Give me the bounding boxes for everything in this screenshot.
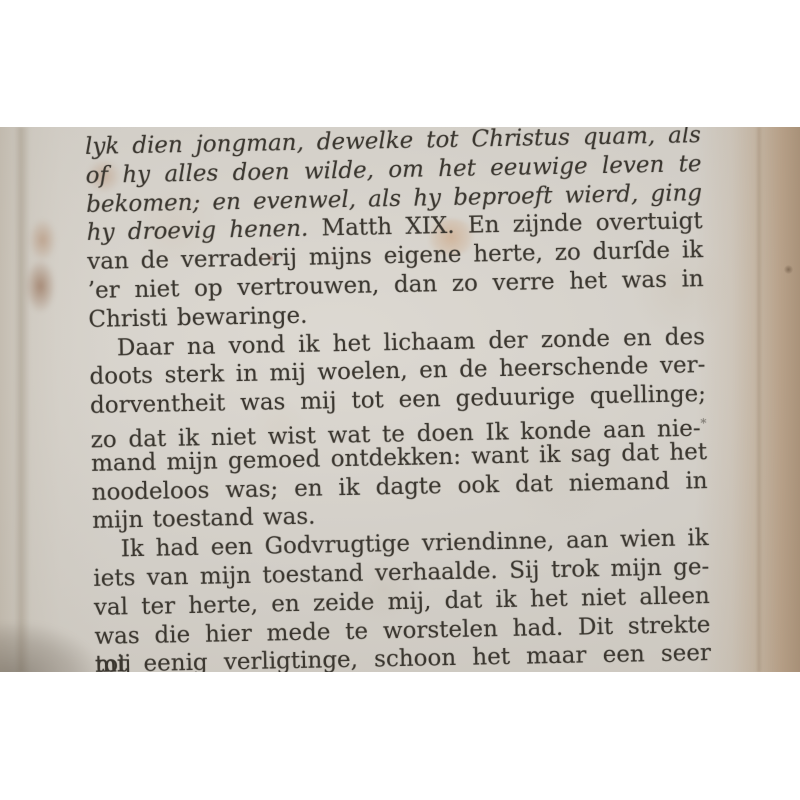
book-page-photo: lyk dien jongman, dewelke tot Christus q… (0, 127, 800, 672)
bottom-left-shadow (0, 624, 100, 672)
page-edge-strip (695, 127, 800, 672)
body-text-segment: mijn toestand was. (92, 504, 316, 534)
page-text: lyk dien jongman, dewelke tot Christus q… (85, 127, 711, 672)
page-crease-line (14, 127, 30, 672)
screenshot-root: lyk dien jongman, dewelke tot Christus q… (0, 0, 800, 800)
body-text-segment: * (700, 416, 706, 430)
scripture-quote-segment: hy droevig henen. (86, 216, 308, 246)
body-text-segment: Christi bewaringe. (88, 303, 307, 333)
page-edge-highlight (756, 127, 762, 672)
